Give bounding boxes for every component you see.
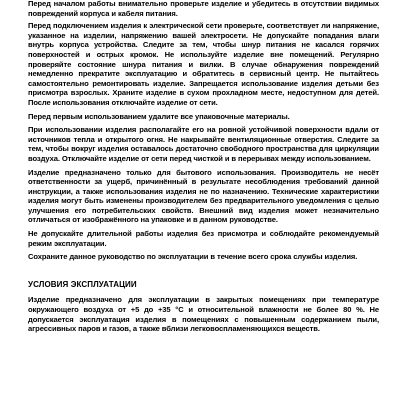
paragraph-liability: Изделие предназначено только для бытовог…	[28, 168, 379, 226]
paragraph-remove-packaging: Перед первым использованием удалите все …	[28, 112, 379, 122]
document-page: Перед началом работы внимательно проверь…	[28, 0, 379, 338]
section-heading-operating-conditions: УСЛОВИЯ ЭКСПЛУАТАЦИИ	[28, 280, 379, 290]
paragraph-safety-check: Перед началом работы внимательно проверь…	[28, 0, 379, 18]
paragraph-supervision: Не допускайте длительной работы изделия …	[28, 229, 379, 248]
paragraph-safety-instructions: Перед подключением изделия к электрическ…	[28, 21, 379, 107]
paragraph-operating-conditions: Изделие предназначено для эксплуатации в…	[28, 295, 379, 333]
paragraph-keep-manual: Сохраните данное руководство по эксплуат…	[28, 252, 379, 262]
paragraph-placement: При использовании изделия располагайте е…	[28, 125, 379, 163]
